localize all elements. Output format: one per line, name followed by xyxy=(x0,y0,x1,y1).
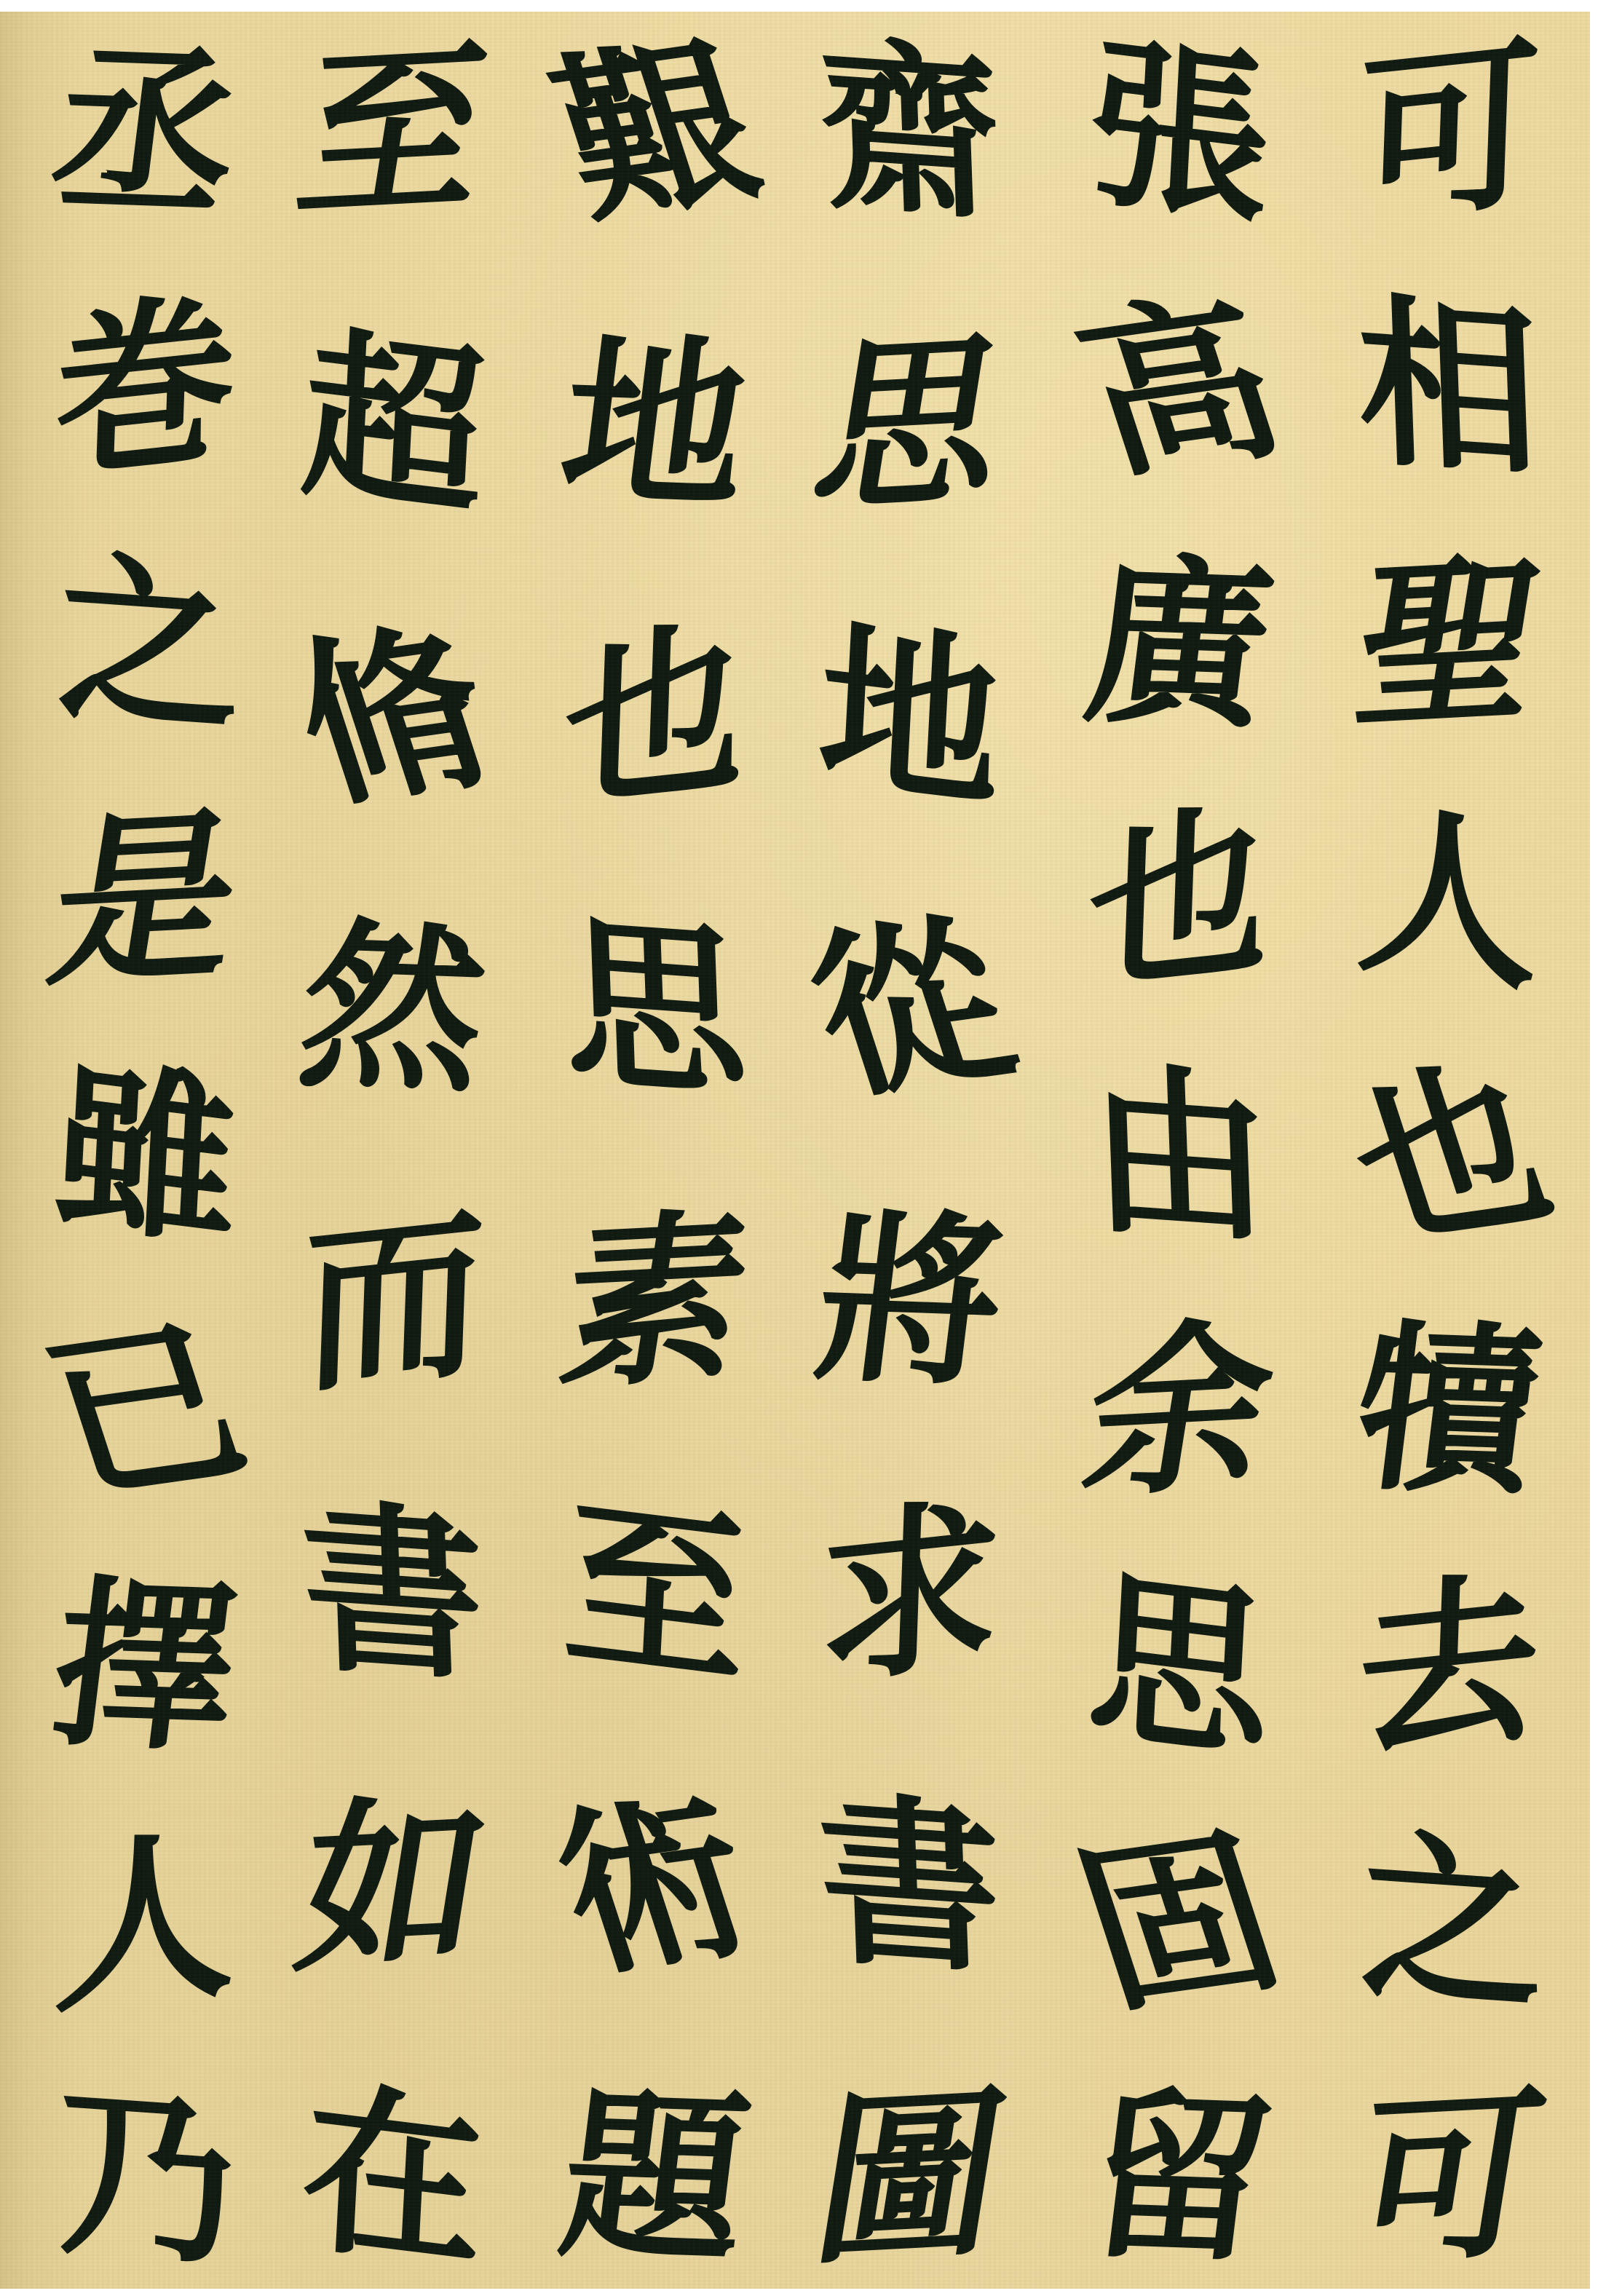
calligraphy-character: 思 xyxy=(561,911,749,1107)
calligraphy-character: 齋 xyxy=(816,34,1004,230)
calligraphy-character: 求 xyxy=(816,1492,1003,1694)
calligraphy-character: 至 xyxy=(288,35,499,229)
calligraphy-character: 留 xyxy=(1077,2083,1281,2271)
calligraphy-character: 可 xyxy=(1355,31,1542,233)
calligraphy-character: 至 xyxy=(560,1491,750,1695)
calligraphy-character: 也 xyxy=(561,615,748,818)
calligraphy-character: 乃 xyxy=(52,2080,240,2276)
calligraphy-character: 艱 xyxy=(537,31,774,232)
calligraphy-character: 地 xyxy=(553,330,757,518)
calligraphy-character: 犢 xyxy=(1347,1316,1551,1504)
calligraphy-character: 人 xyxy=(1353,796,1543,1001)
calligraphy-column-4: 艱 地 也 思 素 至 術 題 xyxy=(561,41,750,2268)
calligraphy-character: 脩 xyxy=(274,616,512,817)
calligraphy-character: 從 xyxy=(791,908,1029,1109)
calligraphy-character: 去 xyxy=(1355,1564,1542,1767)
calligraphy-character: 術 xyxy=(537,1784,774,1985)
calligraphy-character: 圖 xyxy=(804,2081,1016,2274)
calligraphy-column-1: 可 相 聖 人 也 犢 去 之 可 xyxy=(1354,41,1543,2268)
calligraphy-character: 也 xyxy=(1085,798,1273,1000)
calligraphy-character: 地 xyxy=(815,614,1005,818)
calligraphy-character: 書 xyxy=(816,1787,1004,1983)
calligraphy-character: 是 xyxy=(40,802,251,996)
calligraphy-character: 之 xyxy=(1355,1824,1543,2019)
calligraphy-character: 如 xyxy=(288,1789,499,1982)
calligraphy-character: 人 xyxy=(52,1821,239,2023)
calligraphy-character: 然 xyxy=(291,914,495,1102)
calligraphy-character: 雖 xyxy=(50,1053,240,1257)
calligraphy-character: 聖 xyxy=(1343,547,1554,740)
calligraphy-column-2: 張 高 廣 也 由 余 思 固 留 xyxy=(1085,41,1274,2268)
calligraphy-character: 在 xyxy=(298,2075,488,2280)
calligraphy-character: 固 xyxy=(1061,1821,1298,2022)
calligraphy-character: 也 xyxy=(1330,1054,1567,1255)
calligraphy-column-3: 齋 思 地 從 將 求 書 圖 xyxy=(815,41,1005,2268)
calligraphy-character: 思 xyxy=(804,328,1016,521)
calligraphy-character: 張 xyxy=(1084,30,1274,234)
calligraphy-character: 素 xyxy=(550,1204,761,1398)
calligraphy-character: 已 xyxy=(27,1310,264,1511)
calligraphy-character: 題 xyxy=(553,2083,757,2271)
calligraphy-paper: 可 相 聖 人 也 犢 去 之 可 張 高 廣 也 由 余 思 固 留 齋 思 … xyxy=(0,12,1590,2289)
calligraphy-character: 丞 xyxy=(44,38,248,226)
calligraphy-column-5: 至 超 脩 然 而 書 如 在 xyxy=(298,41,488,2268)
calligraphy-character: 將 xyxy=(808,1207,1012,1395)
calligraphy-column-6: 丞 巻 之 是 雖 已 擇 人 乃 xyxy=(51,41,240,2268)
calligraphy-character: 巻 xyxy=(52,286,239,488)
calligraphy-character: 可 xyxy=(1343,2081,1554,2274)
calligraphy-character: 之 xyxy=(52,545,240,741)
calligraphy-character: 高 xyxy=(1061,287,1298,488)
calligraphy-character: 書 xyxy=(299,1495,487,1691)
calligraphy-character: 超 xyxy=(298,322,488,526)
calligraphy-character: 余 xyxy=(1074,1313,1285,1507)
calligraphy-character: 擇 xyxy=(44,1572,248,1760)
calligraphy-character: 相 xyxy=(1355,290,1543,486)
calligraphy-character: 思 xyxy=(1084,1564,1274,1768)
calligraphy-character: 而 xyxy=(299,1199,486,1401)
calligraphy-character: 廣 xyxy=(1077,550,1281,737)
calligraphy-character: 由 xyxy=(1085,1057,1273,1253)
